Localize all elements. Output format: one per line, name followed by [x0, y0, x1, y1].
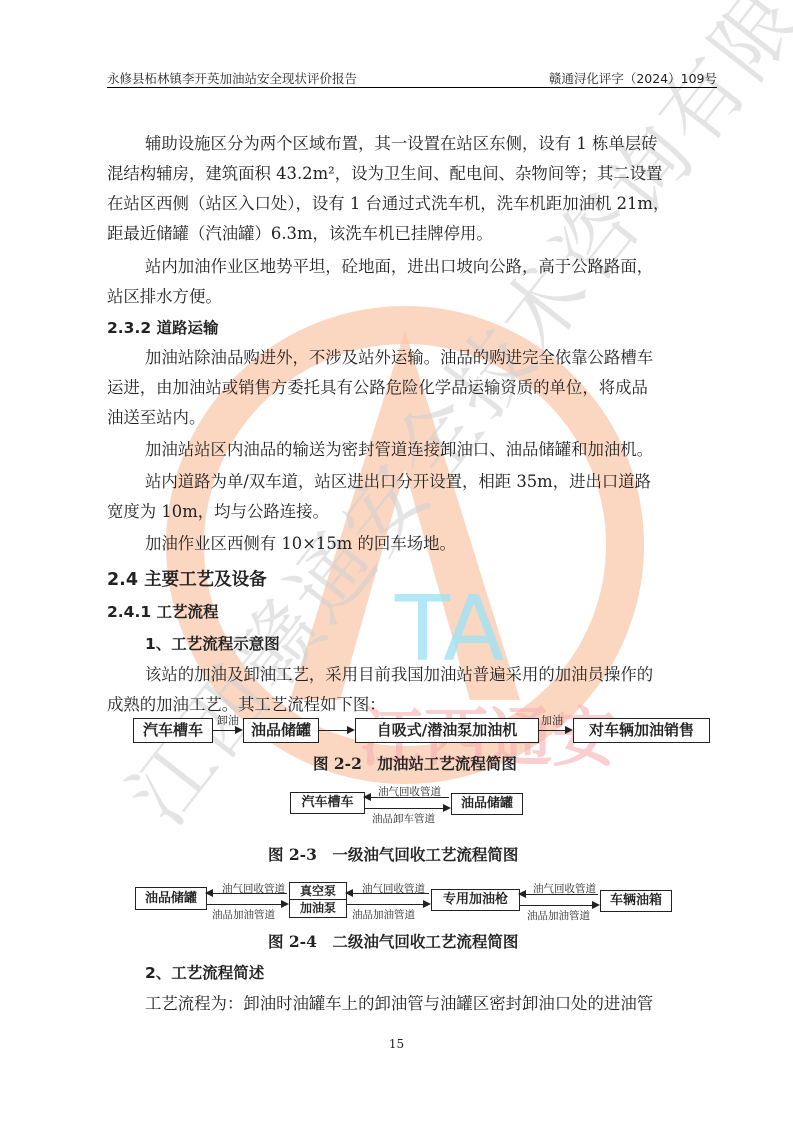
section-heading-2-4-1: 2.4.1 工艺流程 — [107, 597, 719, 627]
pipe-label: 油气回收管道 — [362, 881, 425, 896]
edge-label: 加油 — [541, 712, 563, 728]
section-heading-2-4: 2.4 主要工艺及设备 — [107, 565, 719, 595]
pipe-label: 油气回收管道 — [378, 784, 441, 799]
paragraph-line: 距最近储罐（汽油罐）6.3m，该洗车机已挂牌停用。 — [107, 219, 719, 249]
vacuum-pump-label: 真空泵 — [290, 883, 346, 900]
fuel-pump-label: 加油泵 — [290, 900, 346, 916]
paragraph-line: 混结构辅房，建筑面积 43.2m²，设为卫生间、配电间、杂物间等；其二设置 — [107, 159, 719, 189]
report-title: 永修县柘林镇李开英加油站安全现状评价报告 — [107, 69, 357, 87]
report-number: 赣通浔化评字（2024）109号 — [549, 69, 717, 87]
flow-node: 油品储罐 — [243, 718, 319, 743]
page-number: 15 — [0, 1037, 793, 1051]
figure-caption: 图 2-4 二级油气回收工艺流程简图 — [268, 930, 518, 952]
flow-node: 专用加油枪 — [431, 889, 520, 911]
flow-node: 油品储罐 — [135, 887, 207, 910]
figure-caption: 图 2-3 一级油气回收工艺流程简图 — [268, 843, 518, 865]
paragraph-line: 加油站站区内油品的输送为密封管道连接卸油口、油品储罐和加油机。 — [107, 435, 719, 465]
paragraph-line: 运进，由加油站或销售方委托具有公路危险化学品运输资质的单位，将成品 — [107, 373, 719, 403]
pipe-label: 油品加油管道 — [212, 907, 275, 922]
arrow-right-icon — [347, 904, 429, 905]
paragraph-line: 成熟的加油工艺。其工艺流程如下图： — [107, 690, 719, 720]
pipe-label: 油气回收管道 — [533, 881, 596, 896]
paragraph-line: 加油作业区西侧有 10×15m 的回车场地。 — [107, 529, 719, 559]
paragraph-line: 在站区西侧（站区入口处），设有 1 台通过式洗车机，洗车机距加油机 21m， — [107, 189, 719, 219]
flow-node: 汽车槽车 — [133, 718, 213, 743]
edge-label: 卸油 — [217, 712, 239, 728]
arrow-icon — [213, 730, 241, 731]
paragraph-line: 辅助设施区分为两个区域布置，其一设置在站区东侧，设有 1 栋单层砖 — [107, 129, 719, 159]
arrow-right-icon — [520, 905, 598, 906]
arrow-icon — [539, 730, 571, 731]
page-header: 永修县柘林镇李开英加油站安全现状评价报告 赣通浔化评字（2024）109号 — [107, 67, 717, 88]
paragraph-line: 加油站除油品购进外，不涉及站外运输。油品的购进完全依靠公路槽车 — [107, 343, 719, 373]
section-heading-2-3-2: 2.3.2 道路运输 — [107, 313, 719, 343]
arrow-right-icon — [365, 808, 449, 809]
pipe-label: 油气回收管道 — [222, 881, 285, 896]
paragraph-line: 油送至站内。 — [107, 403, 719, 433]
subheading-process-description: 2、工艺流程简述 — [107, 958, 719, 988]
flow-node: 车辆油箱 — [600, 890, 672, 912]
paragraph-line: 宽度为 10m，均与公路连接。 — [107, 497, 719, 527]
paragraph-line: 该站的加油及卸油工艺，采用目前我国加油站普遍采用的加油员操作的 — [107, 660, 719, 690]
flow-node: 对车辆加油销售 — [573, 718, 710, 743]
paragraph-line: 站区排水方便。 — [107, 282, 719, 312]
arrow-icon — [319, 730, 353, 731]
arrow-right-icon — [207, 904, 287, 905]
figure-caption: 图 2-2 加油站工艺流程简图 — [313, 752, 517, 774]
flow-node: 汽车槽车 — [290, 792, 365, 814]
pipe-label: 油品加油管道 — [352, 907, 415, 922]
paragraph-line: 站内加油作业区地势平坦，砼地面，进出口坡向公路，高于公路路面， — [107, 252, 719, 282]
paragraph-line: 站内道路为单/双车道，站区进出口分开设置，相距 35m，进出口道路 — [107, 467, 719, 497]
subheading-process-diagram: 1、工艺流程示意图 — [107, 629, 719, 659]
pipe-label: 油品加油管道 — [527, 908, 590, 923]
flow-node: 油品储罐 — [451, 793, 523, 815]
flow-node-pump: 真空泵 加油泵 — [289, 882, 347, 918]
pipe-label: 油品卸车管道 — [372, 811, 435, 826]
paragraph-line: 工艺流程为：卸油时油罐车上的卸油管与油罐区密封卸油口处的进油管 — [145, 989, 757, 1019]
flow-node: 自吸式/潜油泵加油机 — [355, 718, 539, 743]
